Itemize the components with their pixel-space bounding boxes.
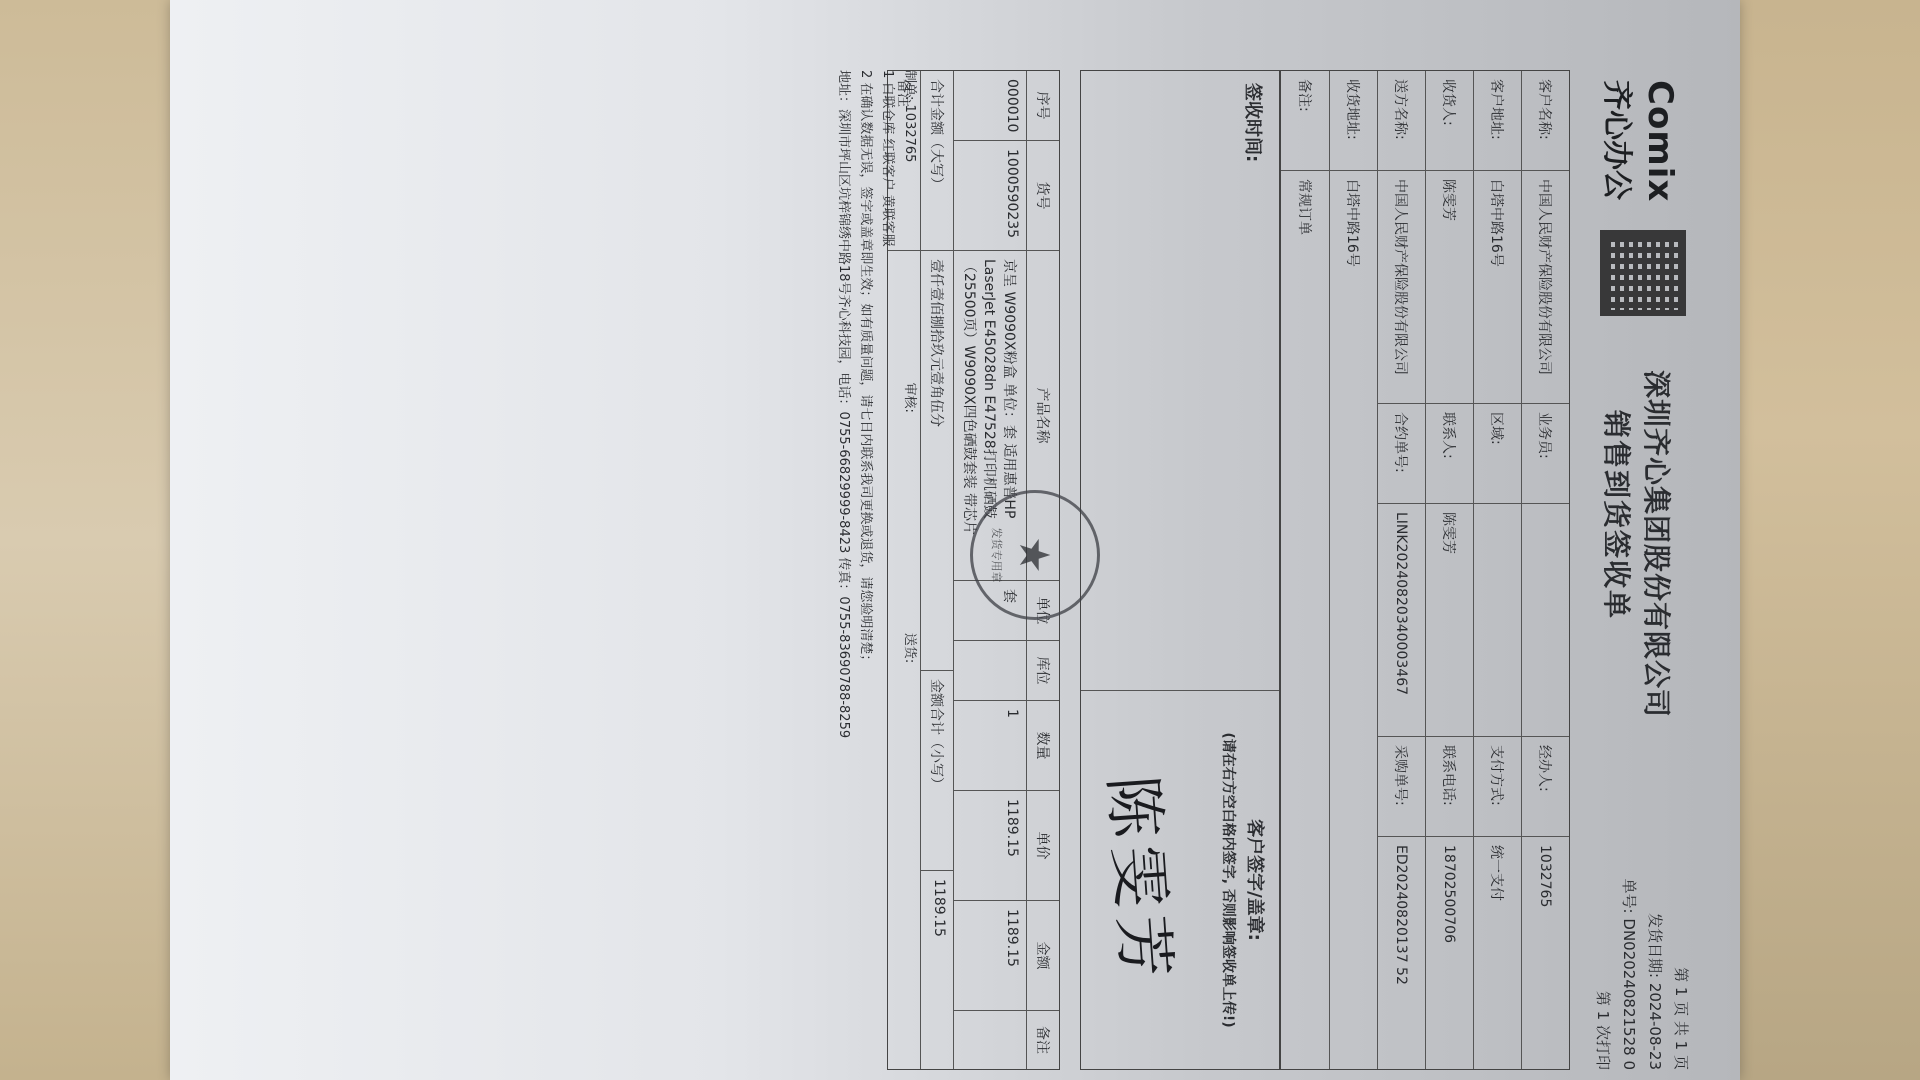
qr-code-icon <box>1600 230 1686 316</box>
table-cell: 数量 <box>1027 701 1059 791</box>
total-row: 合计金额（大写）壹仟壹佰捌拾玖元壹角伍分金额合计（小写）1189.15 <box>920 71 953 1069</box>
field-value: 中国人民财产保险股份有限公司 <box>1522 171 1569 404</box>
total-cell: 合计金额（大写） <box>921 71 953 251</box>
company-name: 深圳齐心集团股份有限公司 <box>1638 370 1678 718</box>
field-value: 白塔中路16号 <box>1474 171 1521 404</box>
field-value <box>1522 504 1569 737</box>
field-label: 收货人: <box>1426 71 1473 171</box>
field-label: 支付方式: <box>1474 737 1521 837</box>
desk-surface-right <box>1730 0 1920 1080</box>
table-cell: 库位 <box>1027 641 1059 701</box>
field-label: 经办人: <box>1522 737 1569 837</box>
field-label: 客户地址: <box>1474 71 1521 171</box>
comix-logo: Comix 齐心办公 <box>1598 80 1680 202</box>
print-count: 第 1 次打印 <box>1590 879 1616 1070</box>
field-label: 备注: <box>1281 71 1329 171</box>
info-row: 客户地址:白塔中路16号区域:支付方式:统一支付 <box>1473 71 1521 1069</box>
footer-address: 地址：深圳市坪山区坑梓锦绣中路18号齐心科技园，电话：0755-66829999… <box>832 70 854 1070</box>
field-value: 陈雯芳 <box>1426 504 1473 737</box>
customer-info-table: 客户名称:中国人民财产保险股份有限公司业务员:经办人:1032765客户地址:白… <box>1280 70 1570 1070</box>
table-cell <box>954 641 1026 701</box>
field-label: 送方名称: <box>1378 71 1425 171</box>
field-value: 1032765 <box>1522 837 1569 1069</box>
field-value: 中国人民财产保险股份有限公司 <box>1378 171 1425 404</box>
field-value: 陈雯芳 <box>1426 171 1473 404</box>
sign-time-label: 签收时间: <box>1081 71 1279 691</box>
page-info: 第 1 页 共 1 页 <box>1668 879 1694 1070</box>
info-row: 收货地址:白塔中路16号 <box>1329 71 1377 1069</box>
table-cell <box>954 1011 1026 1069</box>
star-icon: ★ <box>1011 536 1060 574</box>
document-meta: 第 1 页 共 1 页 发货日期: 2024-08-23 单号: DN02024… <box>1590 879 1694 1070</box>
maker-value: 1032765 <box>902 105 917 163</box>
field-label: 业务员: <box>1522 404 1569 504</box>
field-value: LINK20240820340003467 <box>1378 504 1425 737</box>
desk-surface-left <box>0 0 180 1080</box>
delivery-receipt-document: Comix 齐心办公 深圳齐心集团股份有限公司 销售到货签收单 第 1 页 共 … <box>980 70 1700 1070</box>
table-cell: 序号 <box>1027 71 1059 141</box>
maker-label: 制单: <box>902 70 917 100</box>
handwritten-signature: 陈雯芳 <box>1088 700 1201 1059</box>
table-cell: 备注 <box>1027 1011 1059 1069</box>
info-row: 收货人:陈雯芳联系人:陈雯芳联系电话:18702500706 <box>1425 71 1473 1069</box>
info-row: 客户名称:中国人民财产保险股份有限公司业务员:经办人:1032765 <box>1521 71 1569 1069</box>
info-row: 备注:常规订单 <box>1281 71 1329 1069</box>
field-value: 统一支付 <box>1474 837 1521 1069</box>
footer-note-1: 1 白联仓库 红联客户 黄联客服 <box>876 70 898 1070</box>
order-number: DN020240821528 0 <box>1620 918 1638 1070</box>
table-cell: 1 <box>954 701 1026 791</box>
table-cell: 1189.15 <box>954 791 1026 901</box>
document-title: 销售到货签收单 <box>1598 410 1638 620</box>
field-label: 采购单号: <box>1378 737 1425 837</box>
field-label: 收货地址: <box>1330 71 1377 171</box>
field-label: 客户名称: <box>1522 71 1569 171</box>
field-value <box>1474 504 1521 737</box>
logo-en: Comix <box>1640 80 1680 202</box>
reviewer-label: 审核: <box>898 382 920 412</box>
table-cell: 1000590235 <box>954 141 1026 251</box>
field-value: 常规订单 <box>1281 171 1329 1069</box>
field-value: 18702500706 <box>1426 837 1473 1069</box>
total-cell: 1189.15 <box>921 871 953 1069</box>
stamp-text: 发货专用章 <box>989 528 1005 583</box>
company-stamp: ★ 发货专用章 <box>970 490 1100 620</box>
total-cell: 壹仟壹佰捌拾玖元壹角伍分 <box>921 251 953 671</box>
table-cell: 货号 <box>1027 141 1059 251</box>
customer-sign-hint: (请在右方空白格内签字, 否则影响签收单上传!) <box>1219 703 1239 1057</box>
table-cell: 1189.15 <box>954 901 1026 1011</box>
customer-sign-label: 客户签字/盖章: <box>1243 703 1269 1057</box>
table-cell: 000010 <box>954 71 1026 141</box>
field-label: 合约单号: <box>1378 404 1425 504</box>
sender-label: 送货: <box>898 633 920 663</box>
signature-section: 签收时间: 客户签字/盖章: (请在右方空白格内签字, 否则影响签收单上传!) … <box>1080 70 1280 1070</box>
info-row: 送方名称:中国人民财产保险股份有限公司合约单号:LINK202408203400… <box>1377 71 1425 1069</box>
document-footer: 制单: 1032765 审核: 送货: 1 白联仓库 红联客户 黄联客服 2 在… <box>832 70 920 1070</box>
order-no-label: 单号: <box>1620 879 1638 914</box>
field-label: 区域: <box>1474 404 1521 504</box>
field-value: ED20240820137 52 <box>1378 837 1425 1069</box>
customer-signature-box: 客户签字/盖章: (请在右方空白格内签字, 否则影响签收单上传!) 陈雯芳 <box>1081 691 1279 1069</box>
table-cell: 金额 <box>1027 901 1059 1011</box>
table-cell: 单价 <box>1027 791 1059 901</box>
ship-date-label: 发货日期: <box>1646 913 1664 978</box>
logo-cn: 齐心办公 <box>1598 80 1642 202</box>
field-label: 联系电话: <box>1426 737 1473 837</box>
field-label: 联系人: <box>1426 404 1473 504</box>
footer-note-2: 2 在确认数据无误，签字或盖章即生效；如有质量问题，请七日内联系我司更换或退货，… <box>854 70 876 1070</box>
ship-date: 2024-08-23 <box>1646 983 1664 1070</box>
field-value: 白塔中路16号 <box>1330 171 1377 1069</box>
total-cell: 金额合计（小写） <box>921 671 953 871</box>
